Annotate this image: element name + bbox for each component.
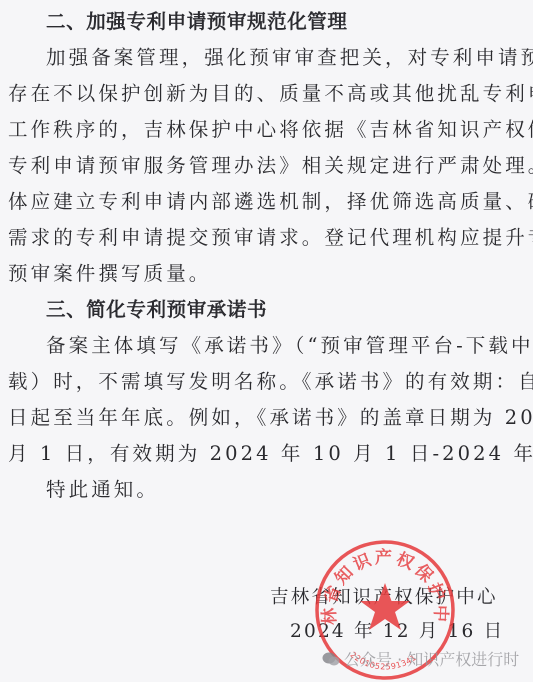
wechat-icon: [322, 652, 340, 666]
paragraph-line: 日起至当年年底。例如，《承诺书》的盖章日期为 2024 年 10: [8, 406, 528, 430]
closing-text: 特此通知。: [46, 478, 533, 502]
paragraph-line: 载）时，不需填写发明名称。《承诺书》的有效期：自盖章之: [8, 370, 528, 394]
paragraph-line: 体应建立专利申请内部遴选机制，择优筛选高质量、确有加快: [8, 190, 528, 214]
paragraph-line: 月 1 日，有效期为 2024 年 10 月 1 日-2024 年 12 月 3…: [8, 442, 528, 466]
section-heading-2: 二、加强专利申请预审规范化管理: [46, 10, 533, 34]
paragraph-line: 预审案件撰写质量。: [8, 262, 528, 286]
document-page: 二、加强专利申请预审规范化管理 加强备案管理，强化预审审查把关，对专利申请预审案…: [0, 0, 533, 682]
watermark-text: 公众号 · 知识产权进行时: [344, 647, 519, 670]
paragraph-line: 存在不以保护创新为目的、质量不高或其他扰乱专利申请预审: [8, 82, 528, 106]
signature-organization: 吉林省知识产权保护中心: [270, 583, 498, 609]
signature-date: 2024 年 12 月 16 日: [290, 617, 504, 643]
paragraph-line: 专利申请预审服务管理办法》相关规定进行严肃处理。备案主: [8, 154, 528, 178]
wechat-watermark: 公众号 · 知识产权进行时: [322, 647, 519, 670]
svg-text:吉林省知识产权保护中心: 吉林省知识产权保护中心: [310, 535, 451, 625]
paragraph-line: 备案主体填写《承诺书》（“预审管理平台-下载中心”下: [46, 334, 533, 358]
paragraph-line: 需求的专利申请提交预审请求。登记代理机构应提升专利申请: [8, 226, 528, 250]
paragraph-line: 工作秩序的，吉林保护中心将依据《吉林省知识产权保护中心: [8, 118, 528, 142]
paragraph-line: 加强备案管理，强化预审审查把关，对专利申请预审案件: [46, 46, 533, 70]
section-heading-3: 三、简化专利预审承诺书: [46, 298, 533, 322]
